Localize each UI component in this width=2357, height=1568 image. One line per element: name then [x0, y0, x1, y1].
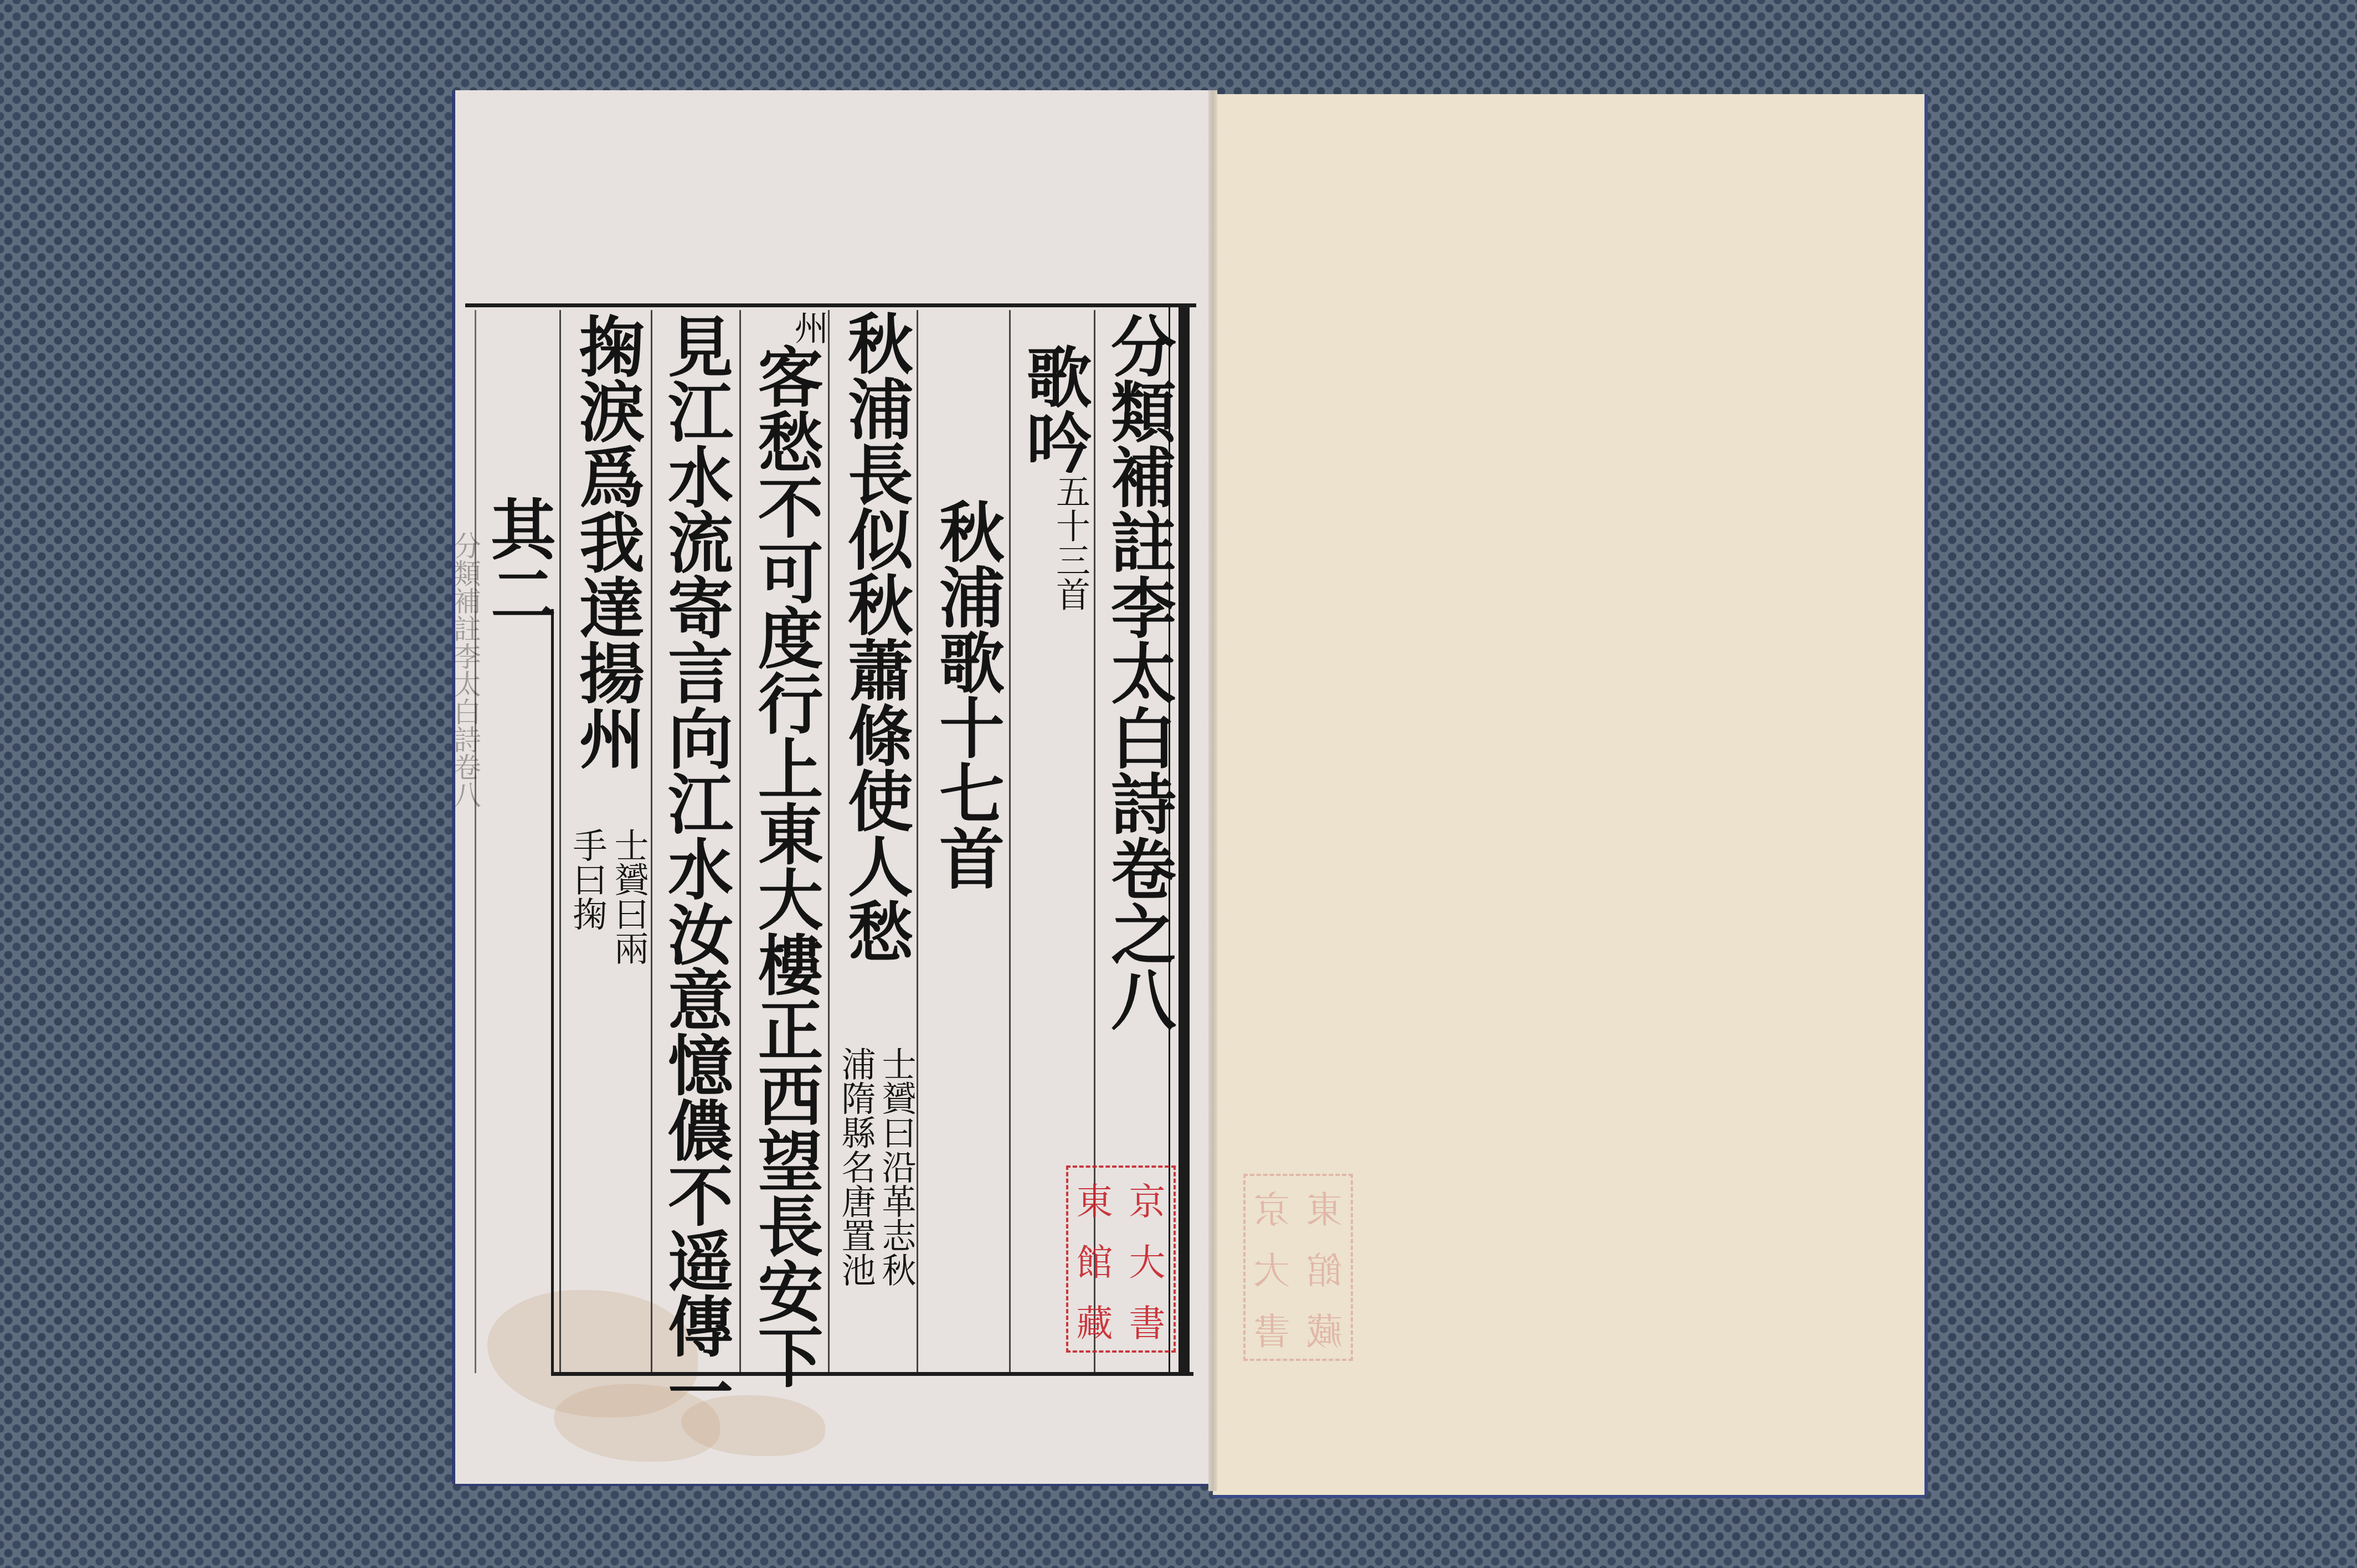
- text-column-5: 其二: [482, 496, 554, 626]
- seal-char: 藏: [1298, 1302, 1351, 1355]
- annotation-top: 州: [787, 310, 830, 344]
- column-main-text: 其二: [481, 496, 554, 626]
- margin-ghost-text-content: 分類補註李太白詩卷八: [444, 532, 487, 808]
- seal-char: 京: [1246, 1180, 1298, 1233]
- frame-right-thick-line: [1179, 303, 1190, 1375]
- seal-char: 書: [1121, 1294, 1174, 1347]
- book-gutter-fold: [1208, 90, 1217, 1491]
- section-heading: 歌吟 五十三首: [1016, 343, 1091, 611]
- volume-title: 分類補註李太白詩卷之八: [1102, 313, 1174, 1031]
- text-column-2: 州 客愁不可度行上東大樓正西望長安下: [742, 310, 828, 1373]
- poem-title-text: 秋浦歌十七首: [930, 498, 1003, 890]
- seal-char: 東: [1298, 1180, 1351, 1233]
- seal-char: 大: [1121, 1233, 1174, 1286]
- annotation-left: 手曰掬: [565, 828, 609, 931]
- column-rule: [1009, 310, 1011, 1373]
- text-column-1: 秋浦長似秋蕭條使人愁 士贇曰沿革志秋 浦隋縣名唐置池: [833, 310, 917, 1373]
- annotation-left: 浦隋縣名唐置池: [834, 1046, 877, 1287]
- poem-title: 秋浦歌十七首: [925, 498, 1008, 890]
- seal-char: 大: [1246, 1241, 1298, 1294]
- column-main-text: 秋浦長似秋蕭條使人愁: [838, 310, 912, 963]
- seal-char: 東: [1068, 1172, 1121, 1225]
- column-main-text: 掬淚爲我達揚州: [570, 313, 643, 770]
- column-main-text: 客愁不可度行上東大樓正西望長安下: [749, 343, 822, 1389]
- seal-char: 京: [1121, 1172, 1174, 1225]
- seal-char: 館: [1068, 1233, 1121, 1286]
- column-rule: [651, 310, 652, 1373]
- margin-ghost-text: 分類補註李太白詩卷八: [454, 532, 476, 808]
- collector-seal: 東 京 館 大 藏 書: [1066, 1165, 1176, 1353]
- annotation-right: 士贇曰沿革志秋: [874, 1046, 918, 1287]
- volume-title-text: 分類補註李太白詩卷之八: [1102, 313, 1175, 1031]
- column-rule: [475, 310, 476, 1373]
- section-heading-text: 歌吟: [1017, 343, 1090, 474]
- seal-char: 館: [1298, 1241, 1351, 1294]
- text-column-4: 掬淚爲我達揚州 士贇曰兩 手曰掬: [562, 310, 651, 1373]
- frame-top-line: [465, 303, 1196, 307]
- text-column-3: 見江水流寄言向江水汝意憶儂不遥傳一: [653, 313, 737, 1423]
- column-main-text: 見江水流寄言向江水汝意憶儂不遥傳一: [658, 313, 732, 1423]
- column-rule: [828, 310, 830, 1373]
- section-count-text: 五十三首: [1049, 474, 1092, 611]
- annotation-right: 士贇曰兩: [607, 828, 650, 965]
- seal-char: 藏: [1068, 1294, 1121, 1347]
- frame-left-line: [551, 609, 554, 1373]
- seal-char: 書: [1246, 1302, 1298, 1355]
- column-rule: [559, 310, 561, 1373]
- ghost-seal-impression: 東 京 館 大 藏 書: [1243, 1174, 1353, 1361]
- column-rule: [739, 310, 741, 1373]
